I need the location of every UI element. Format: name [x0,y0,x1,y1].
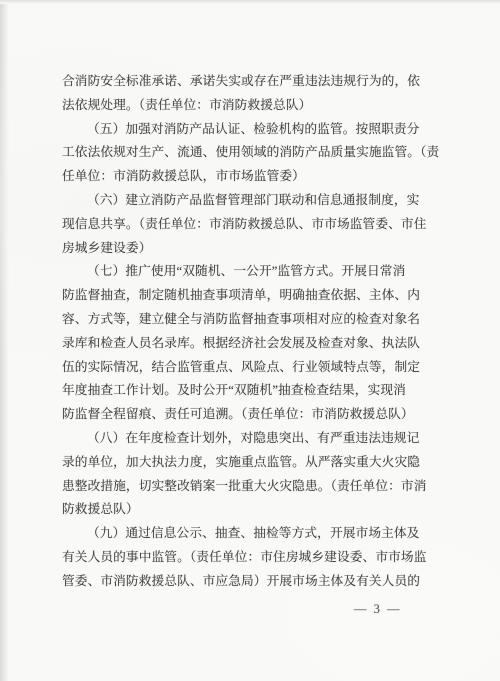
text-line: 防监督全程留痕、责任可追溯。（责任单位：市消防救援总队） [62,403,434,427]
text-line: 工依法依规对生产、流通、使用领域的消防产品质量实施监管。（责 [62,141,434,165]
text-line: 现信息共享。（责任单位：市消防救援总队、市市场监管委、市住 [62,213,434,237]
text-line: 任单位：市消防救援总队，市市场监管委） [62,165,434,189]
text-line-paragraph-7: （七）推广使用“双随机、一公开”监管方式。开展日常消 [62,260,434,284]
text-line: 录的单位，加大执法力度，实施重点监管。从严落实重大火灾隐 [62,451,434,475]
text-line: 容、方式等，建立健全与消防监督抽查事项相对应的检查对象名 [62,308,434,332]
text-line: 法依规处理。（责任单位：市消防救援总队） [62,94,434,118]
text-line: 伍的实际情况，结合监管重点、风险点、行业领域特点等，制定 [62,356,434,380]
text-line: 管委、市消防救援总队、市应急局）开展市场主体及有关人员的 [62,570,434,594]
page-number: — 3 — [354,602,402,617]
scan-edge-top [0,0,500,4]
text-line-paragraph-9: （九）通过信息公示、抽查、抽检等方式，开展市场主体及 [62,522,434,546]
document-body-text: 合消防安全标准承诺、承诺失实或存在严重违法违规行为的，依 法依规处理。（责任单位… [62,70,434,594]
text-line: 年度抽查工作计划。及时公开“双随机”抽查检查结果，实现消 [62,379,434,403]
text-line-paragraph-5: （五）加强对消防产品认证、检验机构的监管。按照职责分 [62,118,434,142]
text-line: 合消防安全标准承诺、承诺失实或存在严重违法违规行为的，依 [62,70,434,94]
scanned-document-page: 合消防安全标准承诺、承诺失实或存在严重违法违规行为的，依 法依规处理。（责任单位… [0,0,500,681]
text-line: 患整改措施，切实整改销案一批重大火灾隐患。（责任单位：市消 [62,475,434,499]
text-line: 防监督抽查，制定随机抽查事项清单，明确抽查依据、主体、内 [62,284,434,308]
text-line-paragraph-8: （八）在年度检查计划外，对隐患突出、有严重违法违规记 [62,427,434,451]
text-line: 防救援总队） [62,498,434,522]
text-line-paragraph-6: （六）建立消防产品监督管理部门联动和信息通报制度，实 [62,189,434,213]
text-line: 录库和检查人员名录库。根据经济社会发展及检查对象、执法队 [62,332,434,356]
text-line: 有关人员的事中监管。（责任单位：市住房城乡建设委、市市场监 [62,546,434,570]
text-line: 房城乡建设委） [62,237,434,261]
scan-edge-left [0,0,9,681]
